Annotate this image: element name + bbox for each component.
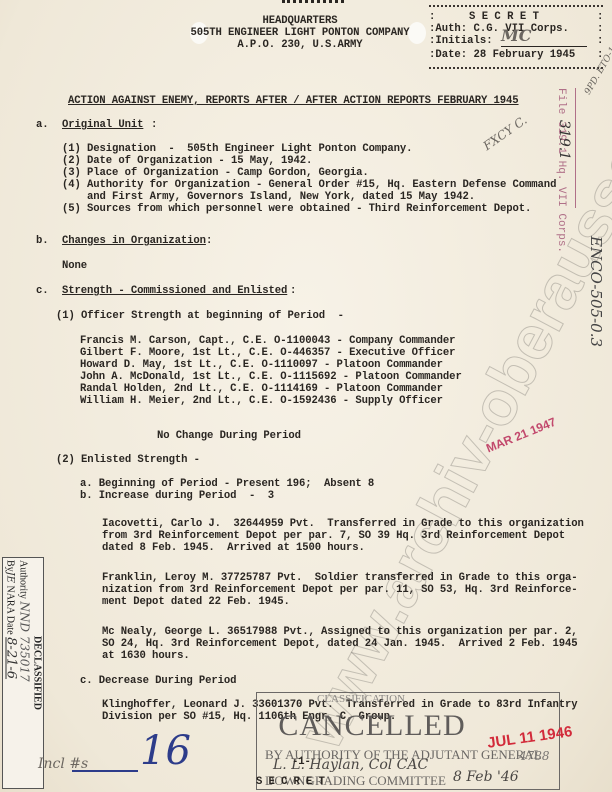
declassified-stamp: DECLASSIFIED Authority NND 735017 ByJE N… bbox=[2, 557, 44, 789]
officer-change-note: No Change During Period bbox=[157, 430, 301, 442]
inclosure-underline bbox=[72, 770, 138, 772]
original-unit-item: (2) Date of Organization - 15 May, 1942. bbox=[62, 155, 312, 167]
cancelled-number: 4788 bbox=[519, 749, 550, 763]
enlisted-decrease: c. Decrease During Period bbox=[80, 675, 236, 687]
original-unit-item: (4) Authority for Organization - General… bbox=[62, 179, 556, 191]
officer-row: John A. McDonald, 1st Lt., C.E. O-111569… bbox=[80, 371, 462, 383]
inclosure-number: 16 bbox=[140, 728, 191, 774]
officer-row: Howard D. May, 1st Lt., C.E. O-1110097 -… bbox=[80, 359, 443, 371]
document-page: www.archiv-oberaussen.com HEADQUARTERS 5… bbox=[0, 0, 612, 792]
header-line-3: A.P.O. 230, U.S.ARMY bbox=[180, 39, 420, 51]
declassified-title: DECLASSIFIED bbox=[31, 560, 43, 786]
cancelled-date-handwritten: 8 Feb '46 bbox=[453, 769, 519, 785]
section-c-marker: c. bbox=[36, 285, 49, 297]
enlisted-increase: b. Increase during Period - 3 bbox=[80, 490, 274, 502]
increase-entry-line: ment Depot dated 22 Feb. 1945. bbox=[102, 596, 290, 608]
section-a-marker: a. bbox=[36, 119, 49, 131]
page-number: -1- bbox=[292, 756, 311, 768]
header-line-1: HEADQUARTERS bbox=[180, 15, 420, 27]
handwritten-initials: FXCY C. bbox=[481, 113, 530, 153]
increase-entry-line: nization from 3rd Reinforcement Depot pe… bbox=[102, 584, 578, 596]
side-code-handwritten: ENCO-505-0.3 bbox=[587, 236, 605, 347]
increase-entry-line: Mc Nealy, George L. 36517988 Pvt., Assig… bbox=[102, 626, 578, 638]
increase-entry-line: dated 8 Feb. 1945. Arrived at 1500 hours… bbox=[102, 542, 365, 554]
section-b-heading: Changes in Organization bbox=[62, 235, 206, 247]
classification-box: : S E C R E T : :Auth: C.G. VII Corps. :… bbox=[429, 5, 603, 77]
increase-entry-line: from 3rd Reinforcement Depot per par. 7,… bbox=[102, 530, 565, 542]
increase-entry-line: SO 24, Hq. 3rd Reinforcement Depot, date… bbox=[102, 638, 578, 650]
increase-entry-line: Franklin, Leroy M. 37725787 Pvt. Soldier… bbox=[102, 572, 578, 584]
section-c-heading: Strength - Commissioned and Enlisted bbox=[62, 285, 287, 297]
classification-initials: :Initials: bbox=[429, 35, 493, 47]
officer-row: Randal Holden, 2nd Lt., C.E. O-1114169 -… bbox=[80, 383, 443, 395]
section-b-marker: b. bbox=[36, 235, 49, 247]
file-stamp-rule bbox=[575, 88, 576, 208]
section-b-body: None bbox=[62, 260, 87, 272]
top-classification-bar bbox=[282, 0, 344, 7]
increase-entry-line: at 1630 hours. bbox=[102, 650, 190, 662]
officer-row: William H. Meier, 2nd Lt., C.E. O-159243… bbox=[80, 395, 443, 407]
classification-title: S E C R E T bbox=[469, 11, 539, 23]
officer-row: Francis M. Carson, Capt., C.E. O-1100043… bbox=[80, 335, 455, 347]
header-line-2: 505TH ENGINEER LIGHT PONTON COMPANY bbox=[180, 27, 420, 39]
footer-classification: S E C R E T bbox=[256, 776, 325, 788]
cancelled-label: CANCELLED bbox=[257, 709, 487, 743]
increase-entry-line: Iacovetti, Carlo J. 32644959 Pvt. Transf… bbox=[102, 518, 584, 530]
file-number-handwritten: 319.1 bbox=[556, 120, 572, 160]
classification-auth: :Auth: C.G. VII Corps. bbox=[429, 23, 569, 35]
enlisted-beginning: a. Beginning of Period - Present 196; Ab… bbox=[80, 478, 374, 490]
section-a-heading: Original Unit bbox=[62, 119, 143, 131]
classification-date: :Date: 28 February 1945 bbox=[429, 49, 575, 61]
file-stamp: File 319.1 Hq. VII Corps. bbox=[553, 88, 569, 268]
cancelled-top-label: CLASSIFICATION bbox=[317, 693, 405, 705]
document-title: ACTION AGAINST ENEMY, REPORTS AFTER / AF… bbox=[68, 95, 519, 107]
initials-signature: MC bbox=[501, 30, 531, 42]
enlisted-strength-heading: (2) Enlisted Strength - bbox=[56, 454, 200, 466]
officer-row: Gilbert F. Moore, 1st Lt., C.E. O-446357… bbox=[80, 347, 455, 359]
original-unit-item: (3) Place of Organization - Camp Gordon,… bbox=[62, 167, 369, 179]
original-unit-item: (5) Sources from which personnel were ob… bbox=[62, 203, 531, 215]
officer-strength-heading: (1) Officer Strength at beginning of Per… bbox=[56, 310, 344, 322]
original-unit-item: and First Army, Governors Island, New Yo… bbox=[62, 191, 475, 203]
original-unit-item: (1) Designation - 505th Engineer Light P… bbox=[62, 143, 412, 155]
